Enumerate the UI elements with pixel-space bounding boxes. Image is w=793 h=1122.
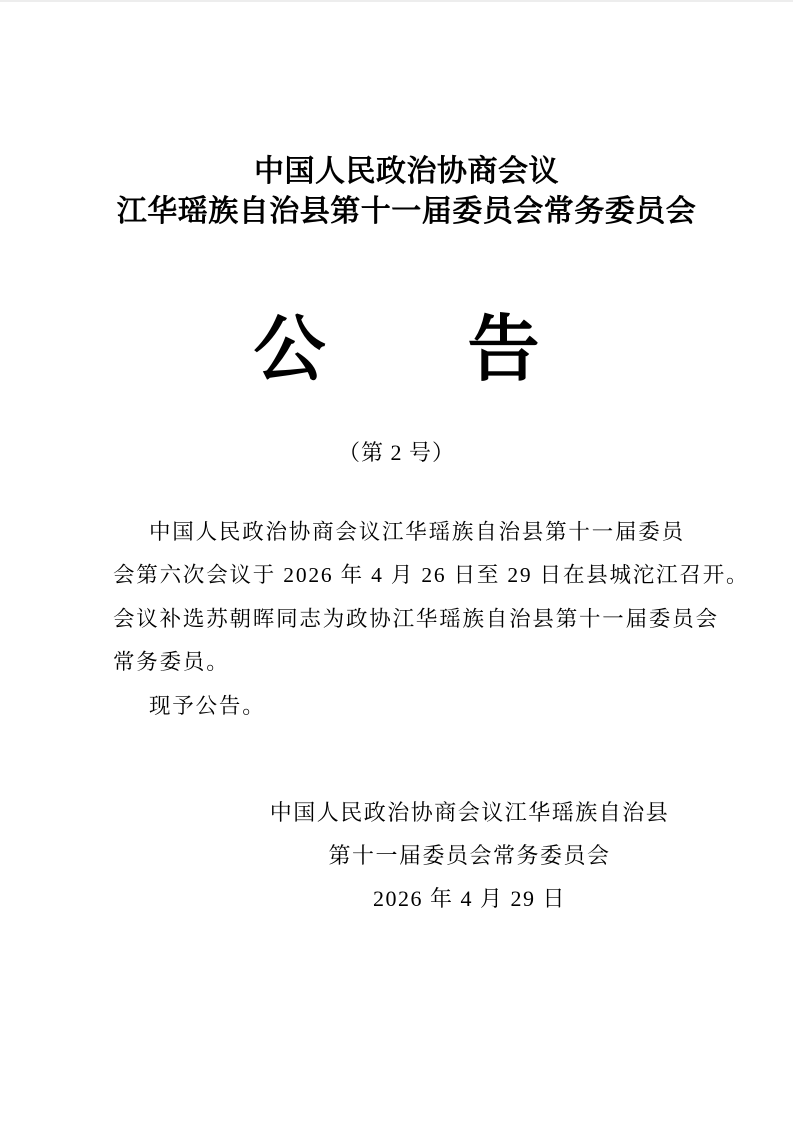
org-title-line-2: 江华瑶族自治县第十一届委员会常务委员会 [20,192,793,232]
body-line-closing: 现予公告。 [113,685,693,728]
announcement-body: 中国人民政治协商会议江华瑶族自治县第十一届委员 会第六次会议于 2026 年 4… [113,511,693,728]
notice-heading-char-2: 告 [468,314,540,386]
notice-heading: 公 告 [0,314,793,386]
body-line: 中国人民政治协商会议江华瑶族自治县第十一届委员 [113,511,693,554]
issue-number: （第 2 号） [0,438,793,468]
signature-org-line-2: 第十一届委员会常务委员会 [146,834,793,877]
body-line: 会议补选苏朝晖同志为政协江华瑶族自治县第十一届委员会 [113,598,693,641]
body-line: 会第六次会议于 2026 年 4 月 26 日至 29 日在县城沱江召开。 [113,554,693,597]
signature-date: 2026 年 4 月 29 日 [146,877,793,920]
signature-block: 中国人民政治协商会议江华瑶族自治县 第十一届委员会常务委员会 2026 年 4 … [0,791,793,920]
document-page: 中国人民政治协商会议 江华瑶族自治县第十一届委员会常务委员会 公 告 （第 2 … [0,0,793,1122]
notice-heading-char-1: 公 [253,314,325,386]
body-line: 常务委员。 [113,641,693,684]
org-title-line-1: 中国人民政治协商会议 [20,152,793,192]
issuing-organization-title: 中国人民政治协商会议 江华瑶族自治县第十一届委员会常务委员会 [0,152,793,232]
signature-org-line-1: 中国人民政治协商会议江华瑶族自治县 [146,791,793,834]
